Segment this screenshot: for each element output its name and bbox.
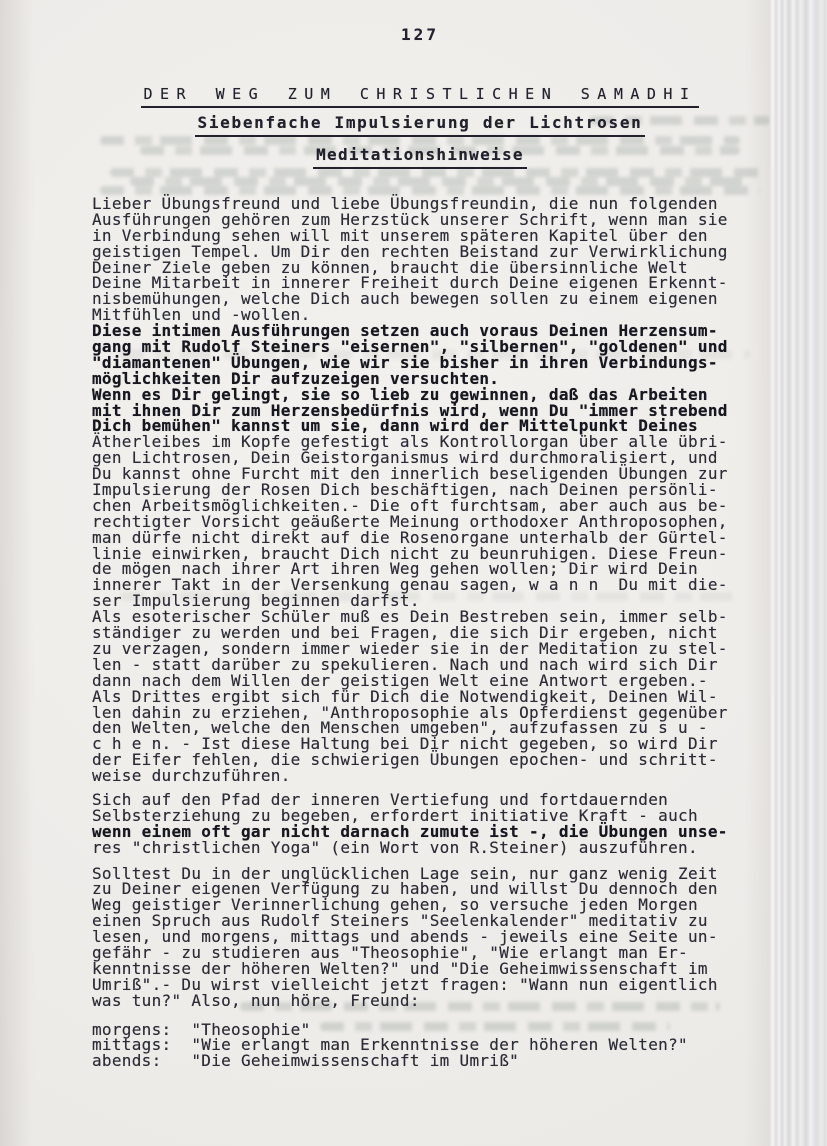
section-heading: Meditationshinweise (313, 145, 527, 169)
reading-schedule: morgens: "Theosophie"mittags: "Wie erlan… (92, 1022, 792, 1070)
page-edge-shadow (744, 0, 770, 1146)
bleedthrough-texture (130, 177, 750, 186)
scanned-book-page: 127 DER WEG ZUM CHRISTLICHEN SAMADHI Sie… (0, 0, 827, 1146)
document-subtitle-row: Siebenfache Impulsierung der Lichtrosen (86, 113, 754, 137)
page-edge-stack (770, 0, 827, 1146)
paragraph-block-main: Lieber Übungsfreund und liebe Übungsfreu… (92, 196, 792, 784)
document-subtitle: Siebenfache Impulsierung der Lichtrosen (195, 113, 646, 137)
binding-shadow (0, 0, 34, 1146)
text-line: was tun?" Also, nun höre, Freund: (92, 993, 792, 1009)
document-title: DER WEG ZUM CHRISTLICHEN SAMADHI (141, 85, 700, 108)
text-line: res "christlichen Yoga" (ein Wort von R.… (92, 840, 792, 856)
schedule-line: abends: "Die Geheimwissenschaft im Umriß… (92, 1053, 792, 1069)
paragraph-block-advice: Solltest Du in der unglücklichen Lage se… (92, 866, 792, 1009)
paragraph-block-initiative: Sich auf den Pfad der inneren Vertiefung… (92, 792, 792, 856)
bleedthrough-texture (100, 136, 740, 145)
body-text: Lieber Übungsfreund und liebe Übungsfreu… (92, 196, 792, 1069)
section-heading-row: Meditationshinweise (86, 145, 754, 169)
text-line: weise durchzuführen. (92, 768, 792, 784)
bleedthrough-texture (110, 168, 760, 177)
page-number: 127 (92, 25, 748, 44)
document-title-row: DER WEG ZUM CHRISTLICHEN SAMADHI (86, 84, 754, 108)
